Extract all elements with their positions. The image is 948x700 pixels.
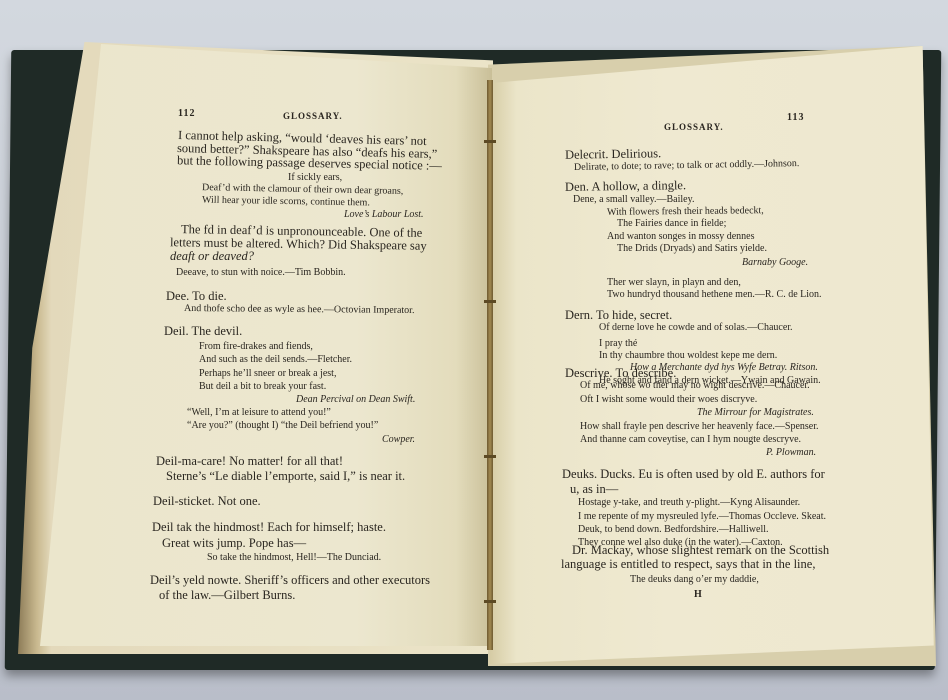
- glossary-entry-dee: Dee. To die.: [166, 290, 227, 303]
- citation: The Mirrour for Magistrates.: [697, 408, 814, 418]
- glossary-entry-deil-sticket: Deil-sticket. Not one.: [153, 495, 261, 508]
- citation: Cowper.: [382, 435, 415, 445]
- citation: P. Plowman.: [766, 448, 816, 458]
- text-line: So take the hindmost, Hell!—The Dunciad.: [207, 553, 381, 563]
- text-line: I pray thé: [599, 339, 637, 349]
- page-number: 112: [178, 109, 195, 119]
- text-line: Dene, a small valley.—Bailey.: [573, 195, 694, 205]
- text-line: The deuks dang o’er my daddie,: [630, 575, 759, 585]
- book-gutter: [487, 80, 493, 650]
- glossary-entry-deil: Deil. The devil.: [164, 325, 242, 338]
- signature-mark: H: [694, 590, 702, 600]
- glossary-entry-delecrit: Delecrit. Delirious.: [565, 147, 661, 161]
- text-line: Sterne’s “Le diable l’emporte, said I,” …: [166, 470, 405, 483]
- text-line: And wanton songes in mossy dennes: [607, 232, 755, 242]
- text-line: u, as in—: [570, 483, 618, 496]
- text-line: And thanne cam coveytise, can I hym noug…: [580, 435, 801, 445]
- binding-stitch: [484, 455, 496, 458]
- text-line: “Well, I’m at leisure to attend you!”: [187, 408, 331, 418]
- glossary-entry-deils-yeld-nowte: Deil’s yeld nowte. Sheriff’s officers an…: [150, 574, 430, 587]
- text-line: Deeave, to stun with noice.—Tim Bobbin.: [176, 268, 346, 278]
- citation: Love’s Labour Lost.: [344, 210, 424, 220]
- text-line: Of me, whose wo ther may no wight descri…: [580, 381, 810, 391]
- page-header: GLOSSARY.: [664, 123, 724, 132]
- text-line: And thofe scho dee as wyle as hee.—Octov…: [184, 304, 415, 316]
- text-line: Dr. Mackay, whose slightest remark on th…: [572, 544, 829, 557]
- text-line: Perhaps he’ll sneer or break a jest,: [199, 369, 336, 379]
- glossary-entry-deil-tak: Deil tak the hindmost! Each for himself;…: [152, 521, 386, 534]
- text-line: Two hundryd thousand hethene men.—R. C. …: [607, 290, 822, 300]
- text-line: of the law.—Gilbert Burns.: [159, 589, 295, 602]
- citation: Barnaby Googe.: [742, 258, 808, 268]
- glossary-entry-den: Den. A hollow, a dingle.: [565, 179, 686, 193]
- text-line: The Drids (Dryads) and Satirs yielde.: [617, 244, 767, 254]
- binding-stitch: [484, 300, 496, 303]
- text-line: Deuk, to bend down. Bedfordshire.—Halliw…: [578, 525, 769, 535]
- text-line: The Fairies dance in fielde;: [617, 219, 726, 229]
- page-header: GLOSSARY.: [283, 112, 343, 121]
- citation: Dean Percival on Dean Swift.: [296, 395, 415, 405]
- text-line: Great wits jump. Pope has—: [162, 537, 306, 550]
- glossary-entry-dern: Dern. To hide, secret.: [565, 309, 672, 322]
- glossary-entry-deuks: Deuks. Ducks. Eu is often used by old E.…: [562, 468, 825, 481]
- text-line: If sickly ears,: [288, 173, 342, 183]
- text-line: And such as the deil sends.—Fletcher.: [199, 355, 352, 365]
- text-line: I me repente of my mysreuled lyfe.—Thoma…: [578, 512, 826, 522]
- page-number: 113: [787, 113, 804, 123]
- text-line: “Are you?” (thought I) “the Deil befrien…: [187, 421, 378, 431]
- binding-stitch: [484, 600, 496, 603]
- glossary-entry-descrive: Descrive. To describe.: [565, 367, 676, 380]
- binding-stitch: [484, 140, 496, 143]
- text-line: language is entitled to respect, says th…: [561, 558, 815, 571]
- text-line: How shall frayle pen descrive her heaven…: [580, 422, 819, 432]
- text-line: With flowers fresh their heads bedeckt,: [607, 206, 764, 218]
- text-line: But deil a bit to break your fast.: [199, 382, 326, 392]
- text-line: Of derne love he cowde and of solas.—Cha…: [599, 323, 793, 333]
- text-line: deaft or deaved?: [170, 250, 254, 263]
- text-line: In thy chaumbre thou woldest kepe me der…: [599, 351, 777, 361]
- text-line: Ther wer slayn, in playn and den,: [607, 278, 741, 288]
- text-line: From fire-drakes and fiends,: [199, 342, 313, 352]
- text-line: Hostage y-take, and treuth y-plight.—Kyn…: [578, 498, 800, 508]
- glossary-entry-deil-ma-care: Deil-ma-care! No matter! for all that!: [156, 455, 343, 468]
- text-line: Oft I wisht some would their woes discry…: [580, 395, 757, 405]
